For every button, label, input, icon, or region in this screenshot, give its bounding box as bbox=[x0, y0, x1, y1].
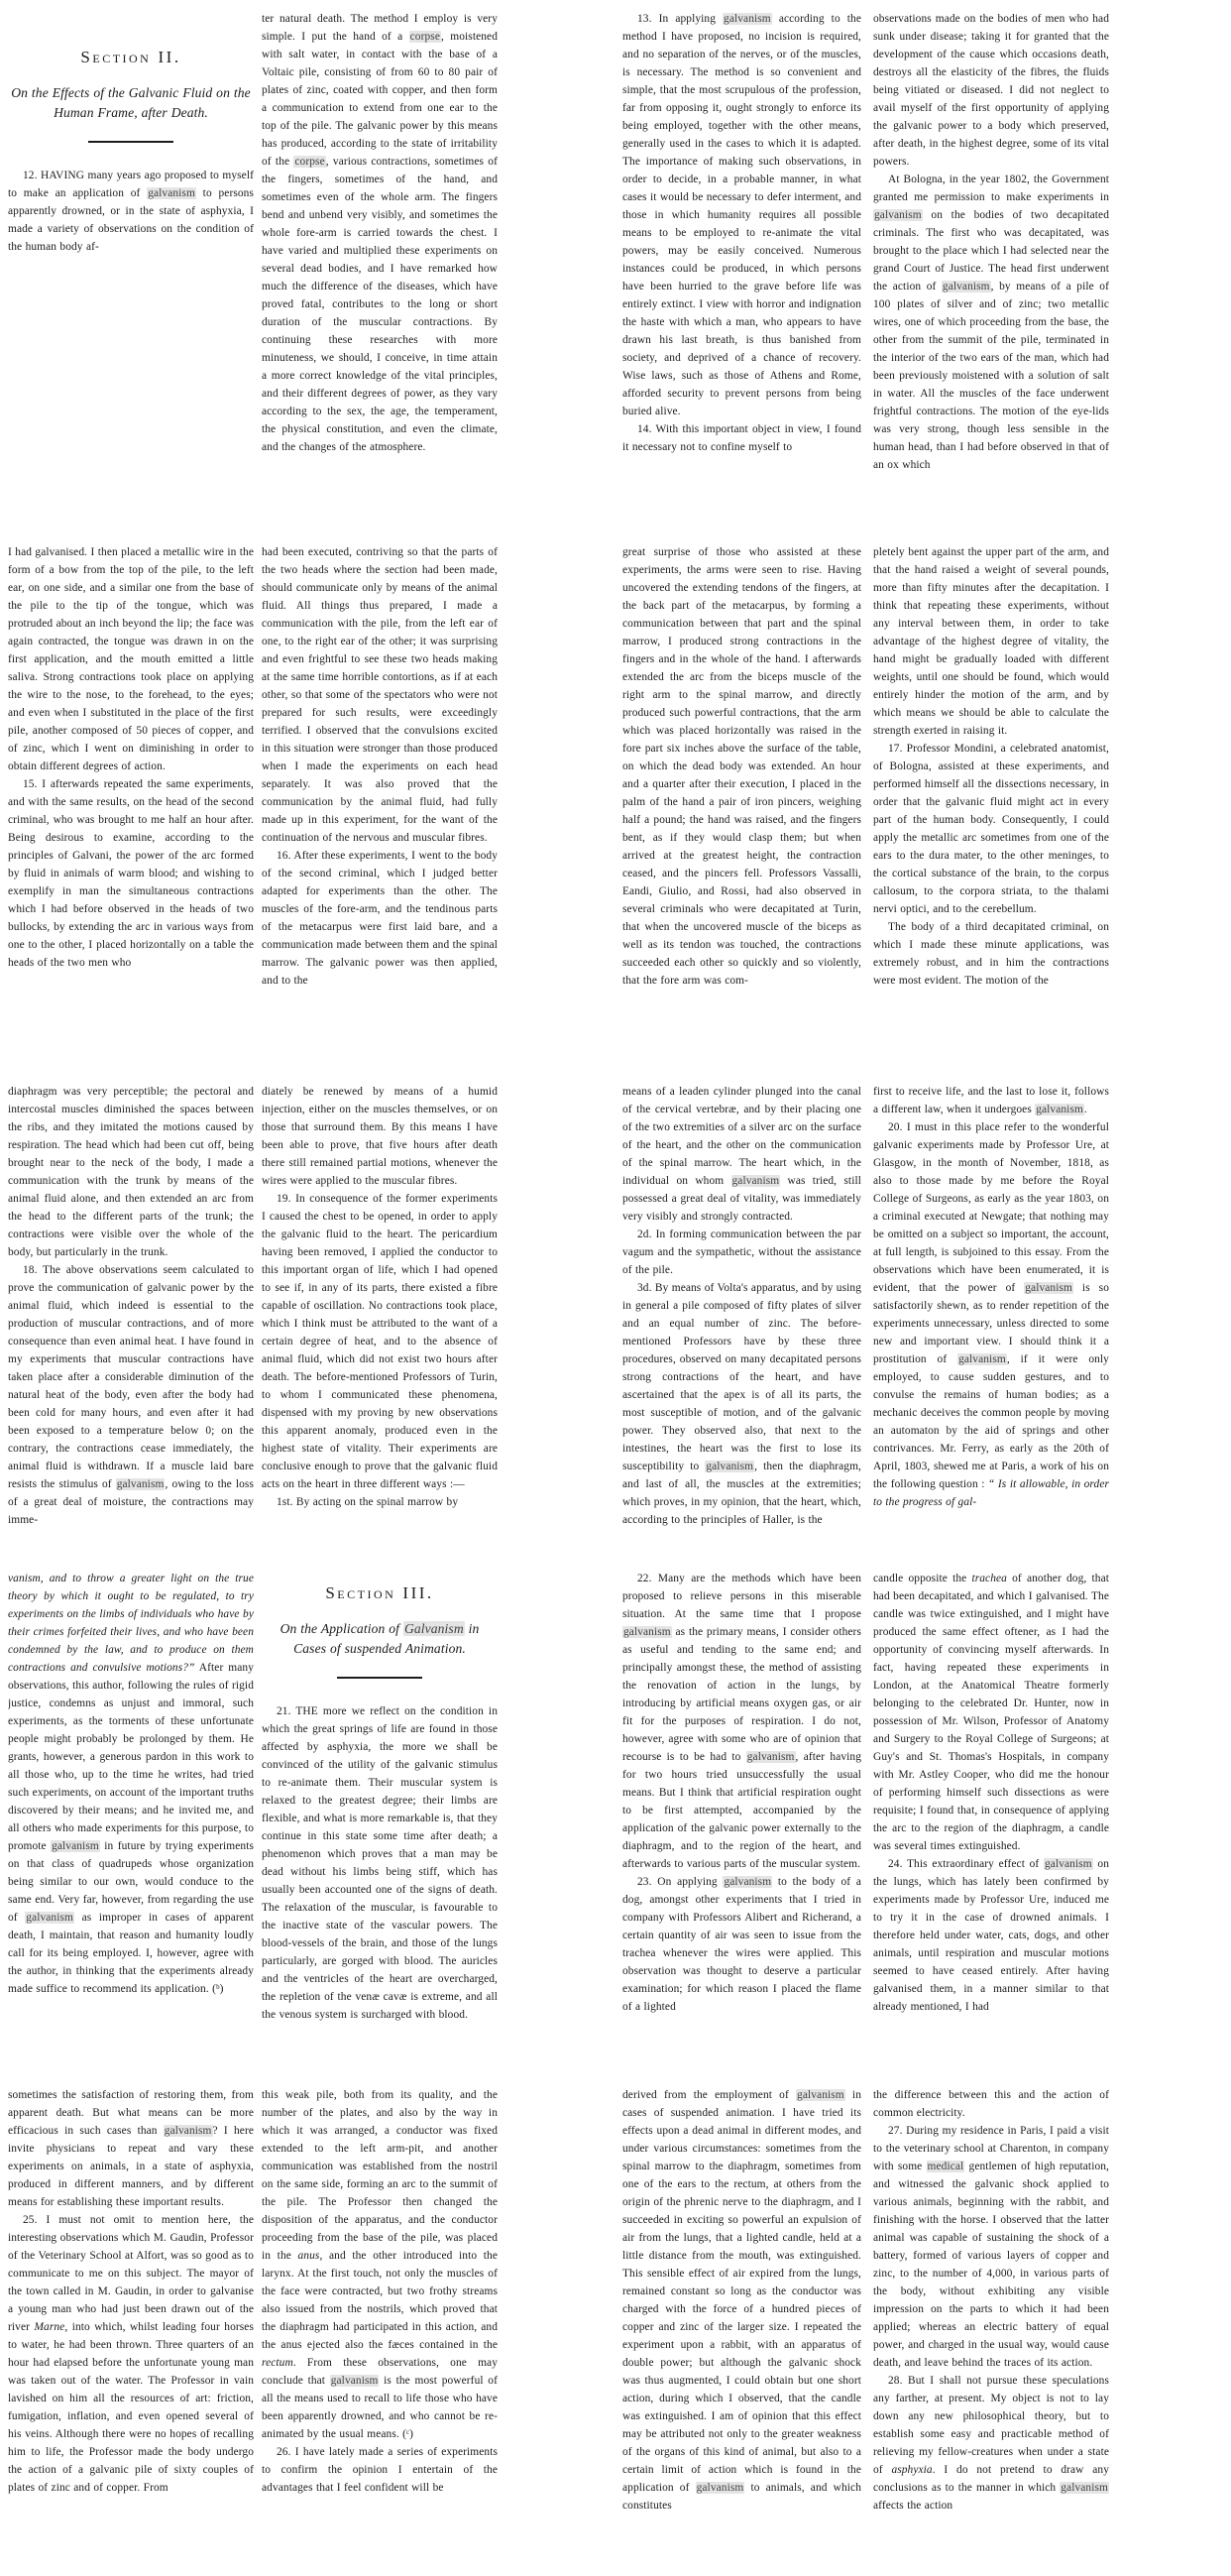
search-highlight: galvanism bbox=[705, 1461, 754, 1472]
search-highlight: galvanism bbox=[51, 1840, 100, 1852]
band-1-column-2: ter natural death. The method I employ i… bbox=[262, 10, 498, 498]
search-highlight: corpse bbox=[409, 31, 441, 43]
text-paragraph: 20. I must in this place refer to the wo… bbox=[873, 1118, 1109, 1511]
text-paragraph: candle opposite the trachea of another d… bbox=[873, 1570, 1109, 1855]
search-highlight: galvanism bbox=[1060, 2482, 1109, 2494]
search-highlight: Galvanism bbox=[403, 1621, 465, 1636]
text-paragraph: the difference between this and the acti… bbox=[873, 2086, 1109, 2122]
text-paragraph: 13. In applying galvanism according to t… bbox=[622, 10, 861, 420]
text-paragraph: 28. But I shall not pursue these specula… bbox=[873, 2372, 1109, 2515]
search-highlight: galvanism bbox=[696, 2482, 745, 2494]
band-5-column-3: derived from the employment of galvanism… bbox=[622, 2086, 861, 2574]
band-4-column-1: vanism, and to throw a greater light on … bbox=[8, 1570, 254, 2049]
search-highlight: galvanism bbox=[1024, 1282, 1073, 1294]
text-paragraph: At Bologna, in the year 1802, the Govern… bbox=[873, 171, 1109, 474]
text-paragraph: 24. This extraordinary effect of galvani… bbox=[873, 1855, 1109, 2016]
search-highlight: galvanism bbox=[1044, 1858, 1093, 1870]
text-paragraph: 19. In consequence of the former experim… bbox=[262, 1190, 498, 1493]
text-paragraph: 18. The above observations seem calculat… bbox=[8, 1261, 254, 1529]
text-paragraph: 12. HAVING many years ago proposed to my… bbox=[8, 167, 254, 256]
text-paragraph: 25. I must not omit to mention here, the… bbox=[8, 2211, 254, 2497]
section-subtitle: On the Application of Galvanism in Cases… bbox=[264, 1619, 496, 1659]
band-2-column-3: great surprise of those who assisted at … bbox=[622, 543, 861, 1045]
text-paragraph: 23. On applying galvanism to the body of… bbox=[622, 1873, 861, 2016]
search-highlight: galvanism bbox=[942, 281, 991, 293]
text-paragraph: 22. Many are the methods which have been… bbox=[622, 1570, 861, 1873]
text-paragraph: sometimes the satisfaction of restoring … bbox=[8, 2086, 254, 2211]
text-paragraph: 16. After these experiments, I went to t… bbox=[262, 847, 498, 990]
search-highlight: galvanism bbox=[622, 1626, 672, 1638]
text-paragraph: first to receive life, and the last to l… bbox=[873, 1083, 1109, 1118]
section-divider-rule bbox=[337, 1677, 422, 1679]
band-1-column-3: 13. In applying galvanism according to t… bbox=[622, 10, 861, 498]
text-paragraph: 26. I have lately made a series of exper… bbox=[262, 2443, 498, 2497]
text-paragraph: 15. I afterwards repeated the same exper… bbox=[8, 775, 254, 972]
text-paragraph: diaphragm was very perceptible; the pect… bbox=[8, 1083, 254, 1261]
scanned-document-page: Section II.On the Effects of the Galvani… bbox=[0, 0, 1231, 2576]
band-3-column-2: diately be renewed by means of a humid i… bbox=[262, 1083, 498, 1539]
section-heading: Section II. bbox=[8, 48, 254, 67]
search-highlight: galvanism bbox=[25, 1912, 74, 1924]
band-1-column-4: observations made on the bodies of men w… bbox=[873, 10, 1109, 498]
search-highlight: galvanism bbox=[723, 1876, 772, 1888]
text-paragraph: means of a leaden cylinder plunged into … bbox=[622, 1083, 861, 1226]
text-paragraph: great surprise of those who assisted at … bbox=[622, 543, 861, 990]
text-paragraph: 2d. In forming communication between the… bbox=[622, 1226, 861, 1279]
search-highlight: medical bbox=[927, 2161, 965, 2172]
text-paragraph: observations made on the bodies of men w… bbox=[873, 10, 1109, 171]
section-heading: Section III. bbox=[262, 1583, 498, 1603]
text-paragraph: 27. During my residence in Paris, I paid… bbox=[873, 2122, 1109, 2372]
text-paragraph: this weak pile, both from its quality, a… bbox=[262, 2086, 498, 2443]
text-paragraph: 17. Professor Mondini, a celebrated anat… bbox=[873, 740, 1109, 918]
search-highlight: galvanism bbox=[796, 2089, 845, 2101]
text-paragraph: 14. With this important object in view, … bbox=[622, 420, 861, 456]
text-paragraph: ter natural death. The method I employ i… bbox=[262, 10, 498, 456]
text-paragraph: derived from the employment of galvanism… bbox=[622, 2086, 861, 2515]
search-highlight: galvanism bbox=[723, 13, 772, 25]
search-highlight: galvanism bbox=[746, 1751, 796, 1763]
band-4-column-3: 22. Many are the methods which have been… bbox=[622, 1570, 861, 2049]
band-4-column-4: candle opposite the trachea of another d… bbox=[873, 1570, 1109, 2049]
band-5-column-2: this weak pile, both from its quality, a… bbox=[262, 2086, 498, 2574]
section-subtitle: On the Effects of the Galvanic Fluid on … bbox=[10, 83, 252, 123]
text-paragraph: 1st. By acting on the spinal marrow by bbox=[262, 1493, 498, 1511]
text-paragraph: vanism, and to throw a greater light on … bbox=[8, 1570, 254, 1998]
band-5-column-1: sometimes the satisfaction of restoring … bbox=[8, 2086, 254, 2574]
section-divider-rule bbox=[88, 141, 173, 143]
text-paragraph: pletely bent against the upper part of t… bbox=[873, 543, 1109, 740]
search-highlight: galvanism bbox=[164, 2125, 213, 2137]
band-3-column-1: diaphragm was very perceptible; the pect… bbox=[8, 1083, 254, 1539]
band-3-column-4: first to receive life, and the last to l… bbox=[873, 1083, 1109, 1539]
search-highlight: galvanism bbox=[147, 187, 196, 199]
search-highlight: galvanism bbox=[873, 209, 923, 221]
band-5-column-4: the difference between this and the acti… bbox=[873, 2086, 1109, 2574]
text-paragraph: diately be renewed by means of a humid i… bbox=[262, 1083, 498, 1190]
band-2-column-2: had been executed, contriving so that th… bbox=[262, 543, 498, 1045]
text-paragraph: 3d. By means of Volta's apparatus, and b… bbox=[622, 1279, 861, 1529]
search-highlight: galvanism bbox=[731, 1175, 781, 1187]
text-paragraph: The body of a third decapitated criminal… bbox=[873, 918, 1109, 990]
text-paragraph: had been executed, contriving so that th… bbox=[262, 543, 498, 847]
search-highlight: galvanism bbox=[957, 1353, 1007, 1365]
search-highlight: galvanism bbox=[1035, 1104, 1084, 1115]
text-paragraph: I had galvanised. I then placed a metall… bbox=[8, 543, 254, 775]
search-highlight: galvanism bbox=[116, 1478, 166, 1490]
band-2-column-4: pletely bent against the upper part of t… bbox=[873, 543, 1109, 1045]
search-highlight: corpse bbox=[293, 156, 325, 168]
band-3-column-3: means of a leaden cylinder plunged into … bbox=[622, 1083, 861, 1539]
text-paragraph: 21. THE more we reflect on the condition… bbox=[262, 1702, 498, 2024]
search-highlight: galvanism bbox=[330, 2375, 380, 2387]
band-1-column-1: Section II.On the Effects of the Galvani… bbox=[8, 10, 254, 498]
band-2-column-1: I had galvanised. I then placed a metall… bbox=[8, 543, 254, 1045]
band-4-column-2: Section III.On the Application of Galvan… bbox=[262, 1570, 498, 2049]
